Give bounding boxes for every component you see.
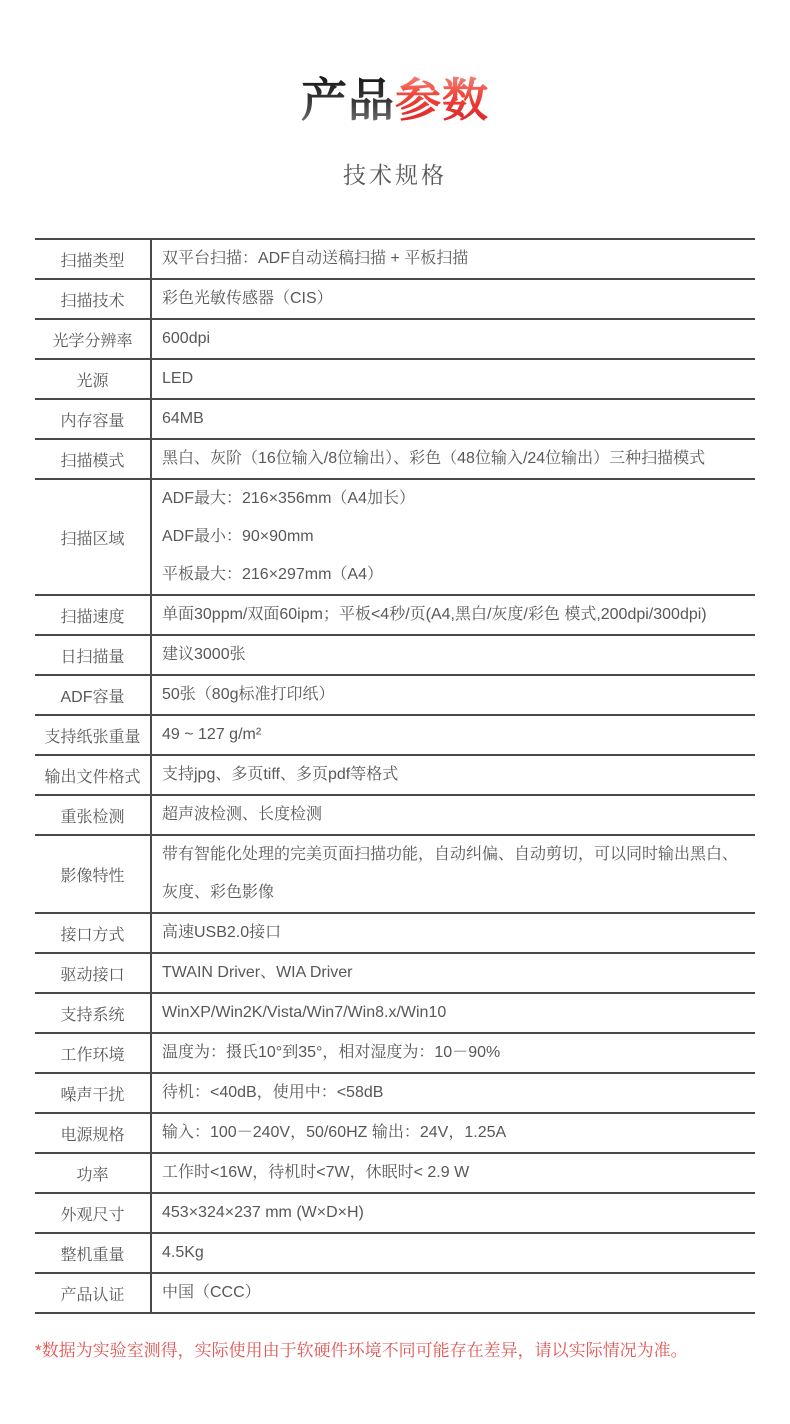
spec-value: ADF最大：216×356mm（A4加长）ADF最小：90×90mm平板最大：2… (152, 480, 755, 594)
table-row: 产品认证中国（CCC） (35, 1274, 755, 1314)
page-title-dark-part: 产品 (301, 74, 395, 126)
spec-label: ADF容量 (35, 676, 152, 714)
spec-value-line: 支持jpg、多页tiff、多页pdf等格式 (162, 756, 751, 794)
spec-label: 整机重量 (35, 1234, 152, 1272)
spec-value: 64MB (152, 400, 755, 438)
table-row: 功率工作时<16W，待机时<7W，休眠时< 2.9 W (35, 1154, 755, 1194)
spec-value-line: 黑白、灰阶（16位输入/8位输出）、彩色（48位输入/24位输出）三种扫描模式 (162, 440, 751, 478)
spec-value-line: 彩色光敏传感器（CIS） (162, 280, 751, 318)
spec-value: 温度为：摄氏10°到35°，相对湿度为：10－90% (152, 1034, 755, 1072)
spec-label: 光源 (35, 360, 152, 398)
spec-value-line: 输入：100－240V，50/60HZ 输出：24V，1.25A (162, 1114, 751, 1152)
spec-value: 双平台扫描：ADF自动送稿扫描 + 平板扫描 (152, 240, 755, 278)
spec-value: 支持jpg、多页tiff、多页pdf等格式 (152, 756, 755, 794)
table-row: 驱动接口TWAIN Driver、WIA Driver (35, 954, 755, 994)
table-row: 整机重量4.5Kg (35, 1234, 755, 1274)
table-row: 扫描速度单面30ppm/双面60ipm；平板<4秒/页(A4,黑白/灰度/彩色 … (35, 596, 755, 636)
spec-label: 扫描类型 (35, 240, 152, 278)
spec-value-line: 工作时<16W，待机时<7W，休眠时< 2.9 W (162, 1154, 751, 1192)
spec-value-line: 建议3000张 (162, 636, 751, 674)
table-row: 内存容量64MB (35, 400, 755, 440)
spec-value: 4.5Kg (152, 1234, 755, 1272)
table-row: 输出文件格式支持jpg、多页tiff、多页pdf等格式 (35, 756, 755, 796)
table-row: 噪声干扰待机：<40dB，使用中：<58dB (35, 1074, 755, 1114)
table-row: 工作环境温度为：摄氏10°到35°，相对湿度为：10－90% (35, 1034, 755, 1074)
spec-label: 日扫描量 (35, 636, 152, 674)
table-row: 接口方式高速USB2.0接口 (35, 914, 755, 954)
spec-value-line: ADF最大：216×356mm（A4加长） (162, 480, 751, 518)
spec-label: 驱动接口 (35, 954, 152, 992)
spec-value-line: 4.5Kg (162, 1234, 751, 1272)
spec-value: 50张（80g标准打印纸） (152, 676, 755, 714)
spec-value: 高速USB2.0接口 (152, 914, 755, 952)
page-title-red-part: 参数 (395, 74, 489, 126)
spec-label: 接口方式 (35, 914, 152, 952)
page-title: 产品参数 (0, 0, 790, 126)
spec-value: WinXP/Win2K/Vista/Win7/Win8.x/Win10 (152, 994, 755, 1032)
spec-value: 输入：100－240V，50/60HZ 输出：24V，1.25A (152, 1114, 755, 1152)
spec-label: 工作环境 (35, 1034, 152, 1072)
spec-label: 输出文件格式 (35, 756, 152, 794)
table-row: 支持纸张重量49 ~ 127 g/m² (35, 716, 755, 756)
spec-value-line: 高速USB2.0接口 (162, 914, 751, 952)
spec-value-line: 49 ~ 127 g/m² (162, 716, 751, 754)
spec-value: 453×324×237 mm (W×D×H) (152, 1194, 755, 1232)
table-row: 扫描模式黑白、灰阶（16位输入/8位输出）、彩色（48位输入/24位输出）三种扫… (35, 440, 755, 480)
spec-value-line: 待机：<40dB，使用中：<58dB (162, 1074, 751, 1112)
table-row: ADF容量50张（80g标准打印纸） (35, 676, 755, 716)
spec-value: 工作时<16W，待机时<7W，休眠时< 2.9 W (152, 1154, 755, 1192)
spec-value: 中国（CCC） (152, 1274, 755, 1312)
spec-value: 彩色光敏传感器（CIS） (152, 280, 755, 318)
spec-label: 支持系统 (35, 994, 152, 1032)
spec-label: 扫描区域 (35, 480, 152, 594)
spec-label: 扫描速度 (35, 596, 152, 634)
spec-value-line: 超声波检测、长度检测 (162, 796, 751, 834)
spec-value: 单面30ppm/双面60ipm；平板<4秒/页(A4,黑白/灰度/彩色 模式,2… (152, 596, 755, 634)
spec-label: 重张检测 (35, 796, 152, 834)
spec-label: 支持纸张重量 (35, 716, 152, 754)
spec-value: 带有智能化处理的完美页面扫描功能，自动纠偏、自动剪切，可以同时输出黑白、灰度、彩… (152, 836, 755, 912)
footnote-disclaimer: *数据为实验室测得，实际使用由于软硬件环境不同可能存在差异，请以实际情况为准。 (35, 1340, 755, 1362)
table-row: 日扫描量建议3000张 (35, 636, 755, 676)
spec-value: LED (152, 360, 755, 398)
spec-value-line: 中国（CCC） (162, 1274, 751, 1312)
table-row: 影像特性带有智能化处理的完美页面扫描功能，自动纠偏、自动剪切，可以同时输出黑白、… (35, 836, 755, 914)
table-row: 扫描类型双平台扫描：ADF自动送稿扫描 + 平板扫描 (35, 240, 755, 280)
spec-label: 扫描模式 (35, 440, 152, 478)
table-row: 光源LED (35, 360, 755, 400)
table-row: 重张检测超声波检测、长度检测 (35, 796, 755, 836)
spec-label: 影像特性 (35, 836, 152, 912)
spec-table: 扫描类型双平台扫描：ADF自动送稿扫描 + 平板扫描扫描技术彩色光敏传感器（CI… (35, 238, 755, 1314)
spec-value: 待机：<40dB，使用中：<58dB (152, 1074, 755, 1112)
spec-value: 黑白、灰阶（16位输入/8位输出）、彩色（48位输入/24位输出）三种扫描模式 (152, 440, 755, 478)
spec-value-line: TWAIN Driver、WIA Driver (162, 954, 751, 992)
product-spec-page: 产品参数 技术规格 扫描类型双平台扫描：ADF自动送稿扫描 + 平板扫描扫描技术… (0, 0, 790, 1362)
table-row: 电源规格输入：100－240V，50/60HZ 输出：24V，1.25A (35, 1114, 755, 1154)
table-row: 支持系统WinXP/Win2K/Vista/Win7/Win8.x/Win10 (35, 994, 755, 1034)
spec-label: 噪声干扰 (35, 1074, 152, 1112)
spec-value: 49 ~ 127 g/m² (152, 716, 755, 754)
spec-value-line: 50张（80g标准打印纸） (162, 676, 751, 714)
spec-value-line: 带有智能化处理的完美页面扫描功能，自动纠偏、自动剪切，可以同时输出黑白、灰度、彩… (162, 836, 751, 912)
spec-value-line: 温度为：摄氏10°到35°，相对湿度为：10－90% (162, 1034, 751, 1072)
spec-label: 功率 (35, 1154, 152, 1192)
section-subtitle: 技术规格 (0, 160, 790, 190)
spec-value-line: 平板最大：216×297mm（A4） (162, 556, 751, 594)
table-row: 光学分辨率600dpi (35, 320, 755, 360)
spec-value-line: 双平台扫描：ADF自动送稿扫描 + 平板扫描 (162, 240, 751, 278)
table-row: 扫描区域ADF最大：216×356mm（A4加长）ADF最小：90×90mm平板… (35, 480, 755, 596)
spec-label: 光学分辨率 (35, 320, 152, 358)
spec-value-line: 600dpi (162, 320, 751, 358)
spec-label: 内存容量 (35, 400, 152, 438)
spec-label: 扫描技术 (35, 280, 152, 318)
spec-value: TWAIN Driver、WIA Driver (152, 954, 755, 992)
spec-value-line: 64MB (162, 400, 751, 438)
spec-label: 外观尺寸 (35, 1194, 152, 1232)
table-row: 外观尺寸453×324×237 mm (W×D×H) (35, 1194, 755, 1234)
table-row: 扫描技术彩色光敏传感器（CIS） (35, 280, 755, 320)
spec-label: 电源规格 (35, 1114, 152, 1152)
spec-label: 产品认证 (35, 1274, 152, 1312)
spec-value-line: LED (162, 360, 751, 398)
spec-value-line: 单面30ppm/双面60ipm；平板<4秒/页(A4,黑白/灰度/彩色 模式,2… (162, 596, 751, 634)
spec-value: 600dpi (152, 320, 755, 358)
spec-value: 建议3000张 (152, 636, 755, 674)
spec-value-line: 453×324×237 mm (W×D×H) (162, 1194, 751, 1232)
spec-value: 超声波检测、长度检测 (152, 796, 755, 834)
spec-value-line: WinXP/Win2K/Vista/Win7/Win8.x/Win10 (162, 994, 751, 1032)
spec-value-line: ADF最小：90×90mm (162, 518, 751, 556)
